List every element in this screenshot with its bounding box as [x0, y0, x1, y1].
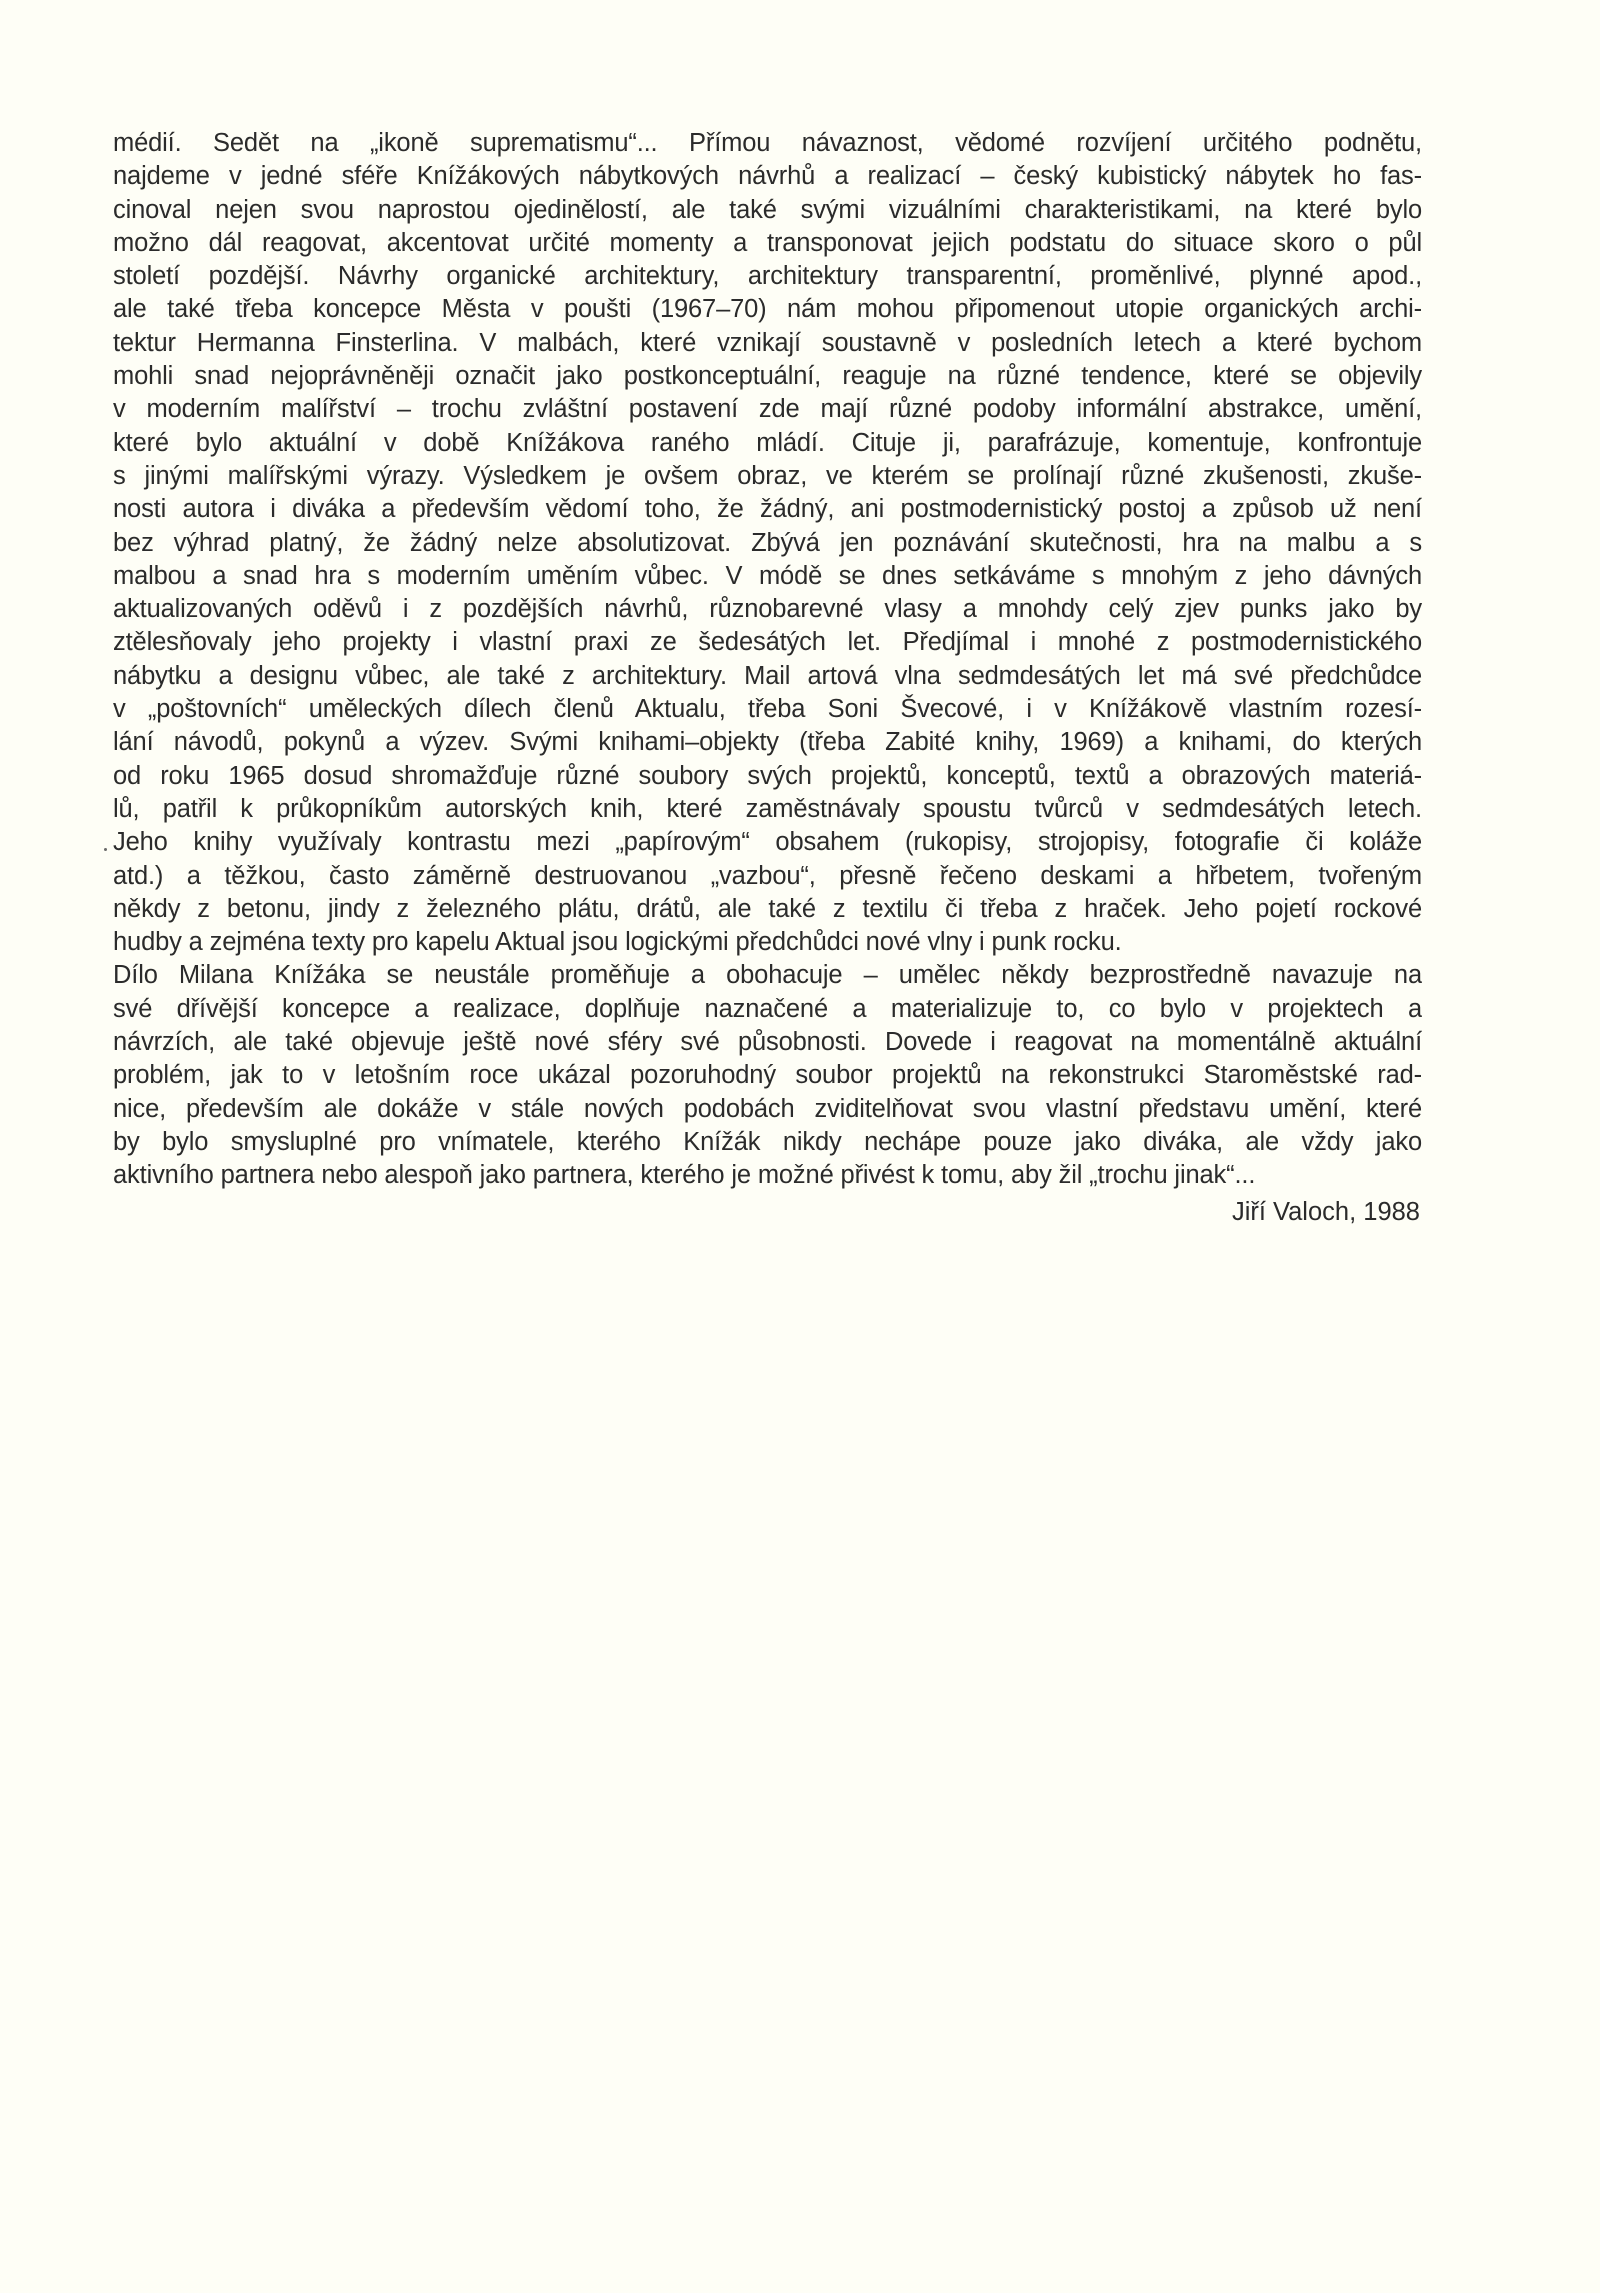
text-line: své dřívější koncepce a realizace, doplň…	[113, 993, 1422, 1026]
text-line: lů, patřil k průkopníkům autorských knih…	[113, 793, 1422, 826]
scan-artifact-dot	[104, 848, 107, 851]
text-line: médií. Sedět na „ikoně suprematismu“... …	[113, 127, 1422, 160]
text-line: v moderním malířství – trochu zvláštní p…	[113, 393, 1422, 426]
text-line: nice, především ale dokáže v stále novýc…	[113, 1093, 1422, 1126]
text-line: nábytku a designu vůbec, ale také z arch…	[113, 660, 1422, 693]
text-line: cinoval nejen svou naprostou ojedinělost…	[113, 194, 1422, 227]
text-line: ale také třeba koncepce Města v poušti (…	[113, 293, 1422, 326]
text-line: tektur Hermanna Finsterlina. V malbách, …	[113, 327, 1422, 360]
text-line: někdy z betonu, jindy z železného plátu,…	[113, 893, 1422, 926]
text-line: v „poštovních“ uměleckých dílech členů A…	[113, 693, 1422, 726]
text-line: Dílo Milana Knížáka se neustále proměňuj…	[113, 959, 1422, 992]
text-line: bez výhrad platný, že žádný nelze absolu…	[113, 527, 1422, 560]
text-line: najdeme v jedné sféře Knížákových nábytk…	[113, 160, 1422, 193]
body-text: médií. Sedět na „ikoně suprematismu“... …	[113, 127, 1422, 1193]
text-line: problém, jak to v letošním roce ukázal p…	[113, 1059, 1422, 1092]
text-line: hudby a zejména texty pro kapelu Aktual …	[113, 926, 1422, 959]
text-line: malbou a snad hra s moderním uměním vůbe…	[113, 560, 1422, 593]
text-line: atd.) a těžkou, často záměrně destruovan…	[113, 860, 1422, 893]
text-line: které bylo aktuální v době Knížákova ran…	[113, 427, 1422, 460]
text-line: by bylo smysluplné pro vnímatele, kteréh…	[113, 1126, 1422, 1159]
text-line: nosti autora i diváka a především vědomí…	[113, 493, 1422, 526]
document-page: médií. Sedět na „ikoně suprematismu“... …	[0, 0, 1600, 2293]
text-line: lání návodů, pokynů a výzev. Svými kniha…	[113, 726, 1422, 759]
text-line: století pozdější. Návrhy organické archi…	[113, 260, 1422, 293]
text-line: možno dál reagovat, akcentovat určité mo…	[113, 227, 1422, 260]
author-signature: Jiří Valoch, 1988	[1232, 1196, 1420, 1229]
paragraph: médií. Sedět na „ikoně suprematismu“... …	[113, 127, 1422, 959]
text-line: návrzích, ale také objevuje ještě nové s…	[113, 1026, 1422, 1059]
text-line: ztělesňovaly jeho projekty i vlastní pra…	[113, 626, 1422, 659]
text-line: aktivního partnera nebo alespoň jako par…	[113, 1159, 1422, 1192]
paragraph: Dílo Milana Knížáka se neustále proměňuj…	[113, 959, 1422, 1192]
text-line: mohli snad nejoprávněněji označit jako p…	[113, 360, 1422, 393]
text-line: Jeho knihy využívaly kontrastu mezi „pap…	[113, 826, 1422, 859]
text-line: aktualizovaných oděvů i z pozdějších náv…	[113, 593, 1422, 626]
text-line: od roku 1965 dosud shromažďuje různé sou…	[113, 760, 1422, 793]
text-line: s jinými malířskými výrazy. Výsledkem je…	[113, 460, 1422, 493]
